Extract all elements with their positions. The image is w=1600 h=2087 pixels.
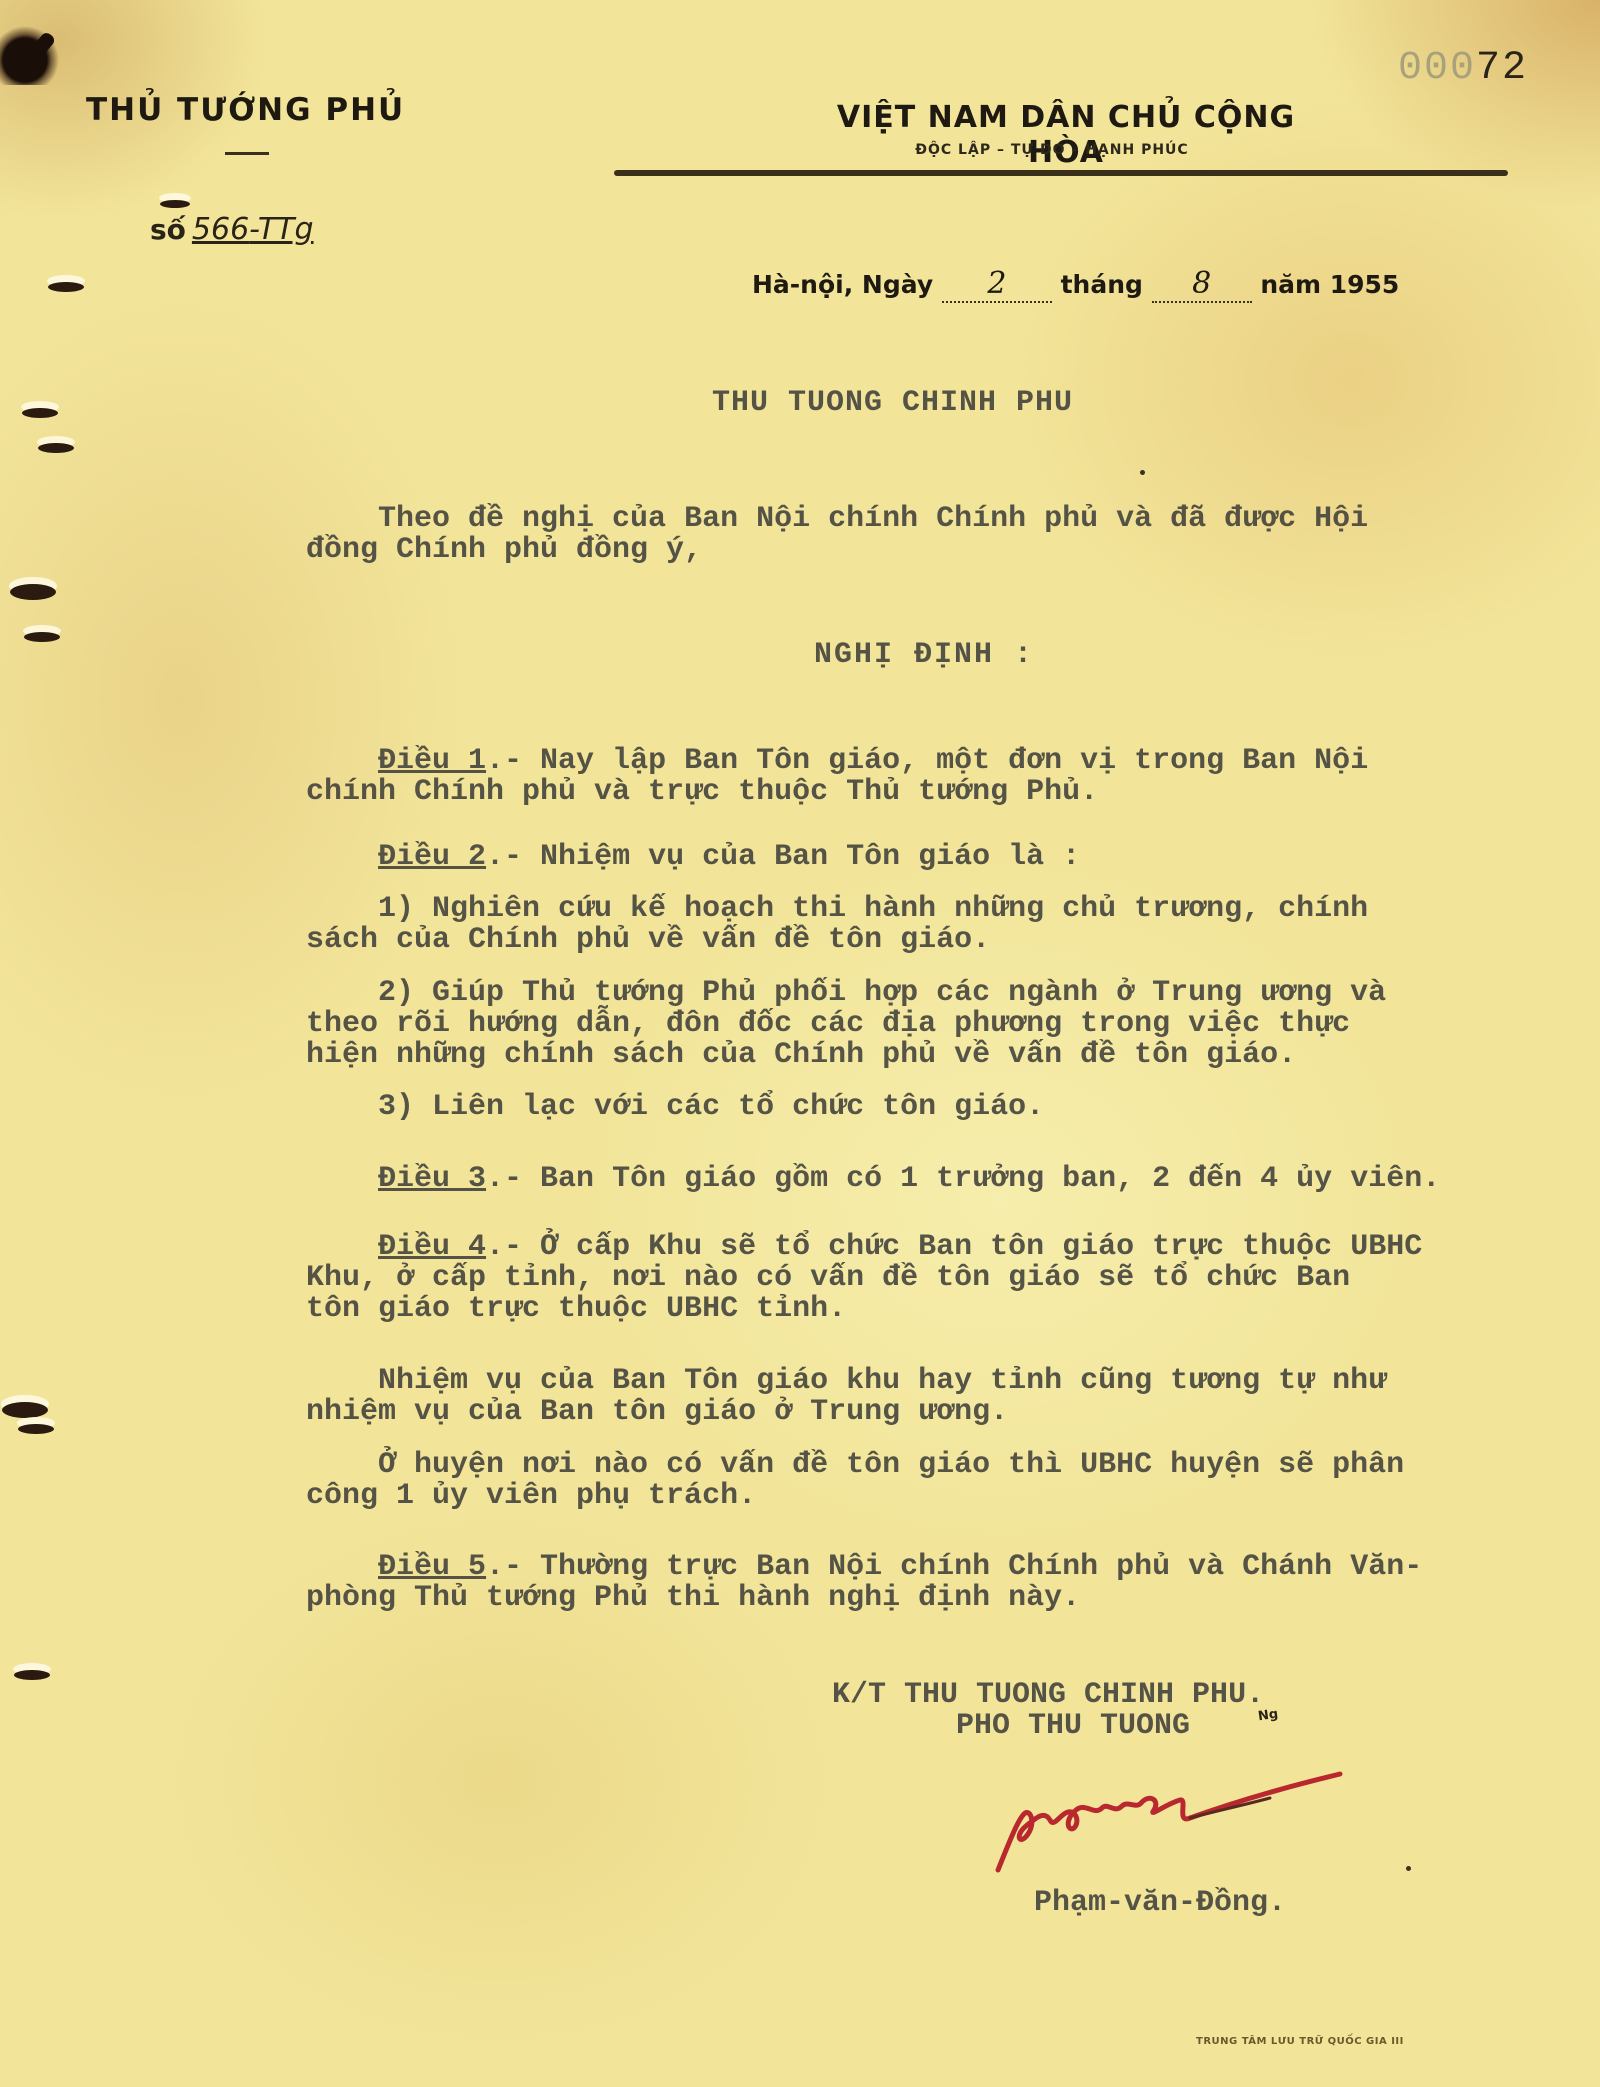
signature-block: K/T THU TUONG CHINH PHU.PHO THU TUONG xyxy=(832,1680,1264,1742)
punch-hole xyxy=(14,1670,50,1680)
signature-title-line2: PHO THU TUONG xyxy=(832,1711,1264,1742)
signature-title-line1: K/T THU TUONG CHINH PHU. xyxy=(832,1680,1264,1711)
article-label: Điều 3 xyxy=(378,1162,486,1196)
date-year: năm 1955 xyxy=(1260,270,1399,299)
header-rule xyxy=(614,170,1508,176)
preamble: Theo đề nghị của Ban Nội chính Chính phủ… xyxy=(306,504,1546,566)
ink-speck xyxy=(1140,470,1145,475)
punch-hole xyxy=(160,200,190,208)
article-label: Điều 2 xyxy=(378,840,486,874)
article-4-item: Ở huyện nơi nào có vấn đề tôn giáo thì U… xyxy=(306,1450,1546,1512)
article-2: Điều 2.- Nhiệm vụ của Ban Tôn giáo là : xyxy=(306,842,1546,873)
date-place: Hà-nội, Ngày xyxy=(752,270,933,299)
article-label: Điều 4 xyxy=(378,1230,486,1264)
country-header: VIỆT NAM DÂN CHỦ CỘNG HÒA xyxy=(796,100,1336,170)
decree-heading: NGHỊ ĐỊNH : xyxy=(814,638,1034,672)
article-2-item: 2) Giúp Thủ tướng Phủ phối hợp các ngành… xyxy=(306,978,1546,1071)
article-5: Điều 5.- Thường trực Ban Nội chính Chính… xyxy=(306,1552,1546,1614)
punch-hole xyxy=(22,408,58,418)
ink-speck xyxy=(1406,1866,1411,1871)
document-title: THU TUONG CHINH PHU xyxy=(712,386,1073,420)
document-number-prefix: số xyxy=(150,213,186,246)
document-number: số566-TTg xyxy=(150,212,314,247)
article-1: Điều 1.- Nay lập Ban Tôn giáo, một đơn v… xyxy=(306,746,1546,808)
punch-hole xyxy=(48,282,84,292)
punch-hole xyxy=(24,632,60,642)
article-label: Điều 5 xyxy=(378,1550,486,1584)
archive-footer-stamp: TRUNG TÂM LƯU TRỮ QUỐC GIA III xyxy=(1196,2036,1404,2047)
date-day: 2 xyxy=(942,266,1052,303)
document-number-value: 566-TTg xyxy=(192,212,314,247)
archive-number: 00072 xyxy=(1398,46,1528,91)
article-label: Điều 1 xyxy=(378,744,486,778)
punch-hole xyxy=(10,584,56,600)
punch-hole xyxy=(2,1402,48,1418)
issuer-header: THỦ TƯỚNG PHỦ xyxy=(86,92,405,128)
punch-hole xyxy=(18,1424,54,1434)
national-motto: ĐỘC LẬP – TỰ DO – HẠNH PHÚC xyxy=(822,142,1282,158)
article-3: Điều 3.- Ban Tôn giáo gồm có 1 trưởng ba… xyxy=(306,1164,1546,1195)
article-text: .- Ban Tôn giáo gồm có 1 trưởng ban, 2 đ… xyxy=(486,1162,1440,1196)
date-month-label: tháng xyxy=(1061,270,1143,299)
article-4: Điều 4.- Ở cấp Khu sẽ tổ chức Ban tôn gi… xyxy=(306,1232,1546,1325)
article-text: .- Nhiệm vụ của Ban Tôn giáo là : xyxy=(486,840,1080,874)
article-2-item: 3) Liên lạc với các tổ chức tôn giáo. xyxy=(306,1092,1546,1123)
article-2-item: 1) Nghiên cứu kế hoạch thi hành những ch… xyxy=(306,894,1546,956)
date-line: Hà-nội, Ngày 2 tháng 8 năm 1955 xyxy=(752,266,1399,303)
date-month: 8 xyxy=(1152,266,1252,303)
article-4-item: Nhiệm vụ của Ban Tôn giáo khu hay tỉnh c… xyxy=(306,1366,1546,1428)
handwritten-signature xyxy=(990,1770,1370,1880)
issuer-header-rule xyxy=(225,152,269,155)
signer-name: Phạm-văn-Đồng. xyxy=(1034,1886,1286,1920)
handwritten-note: Ng xyxy=(1257,1707,1279,1725)
punch-hole xyxy=(38,443,74,453)
